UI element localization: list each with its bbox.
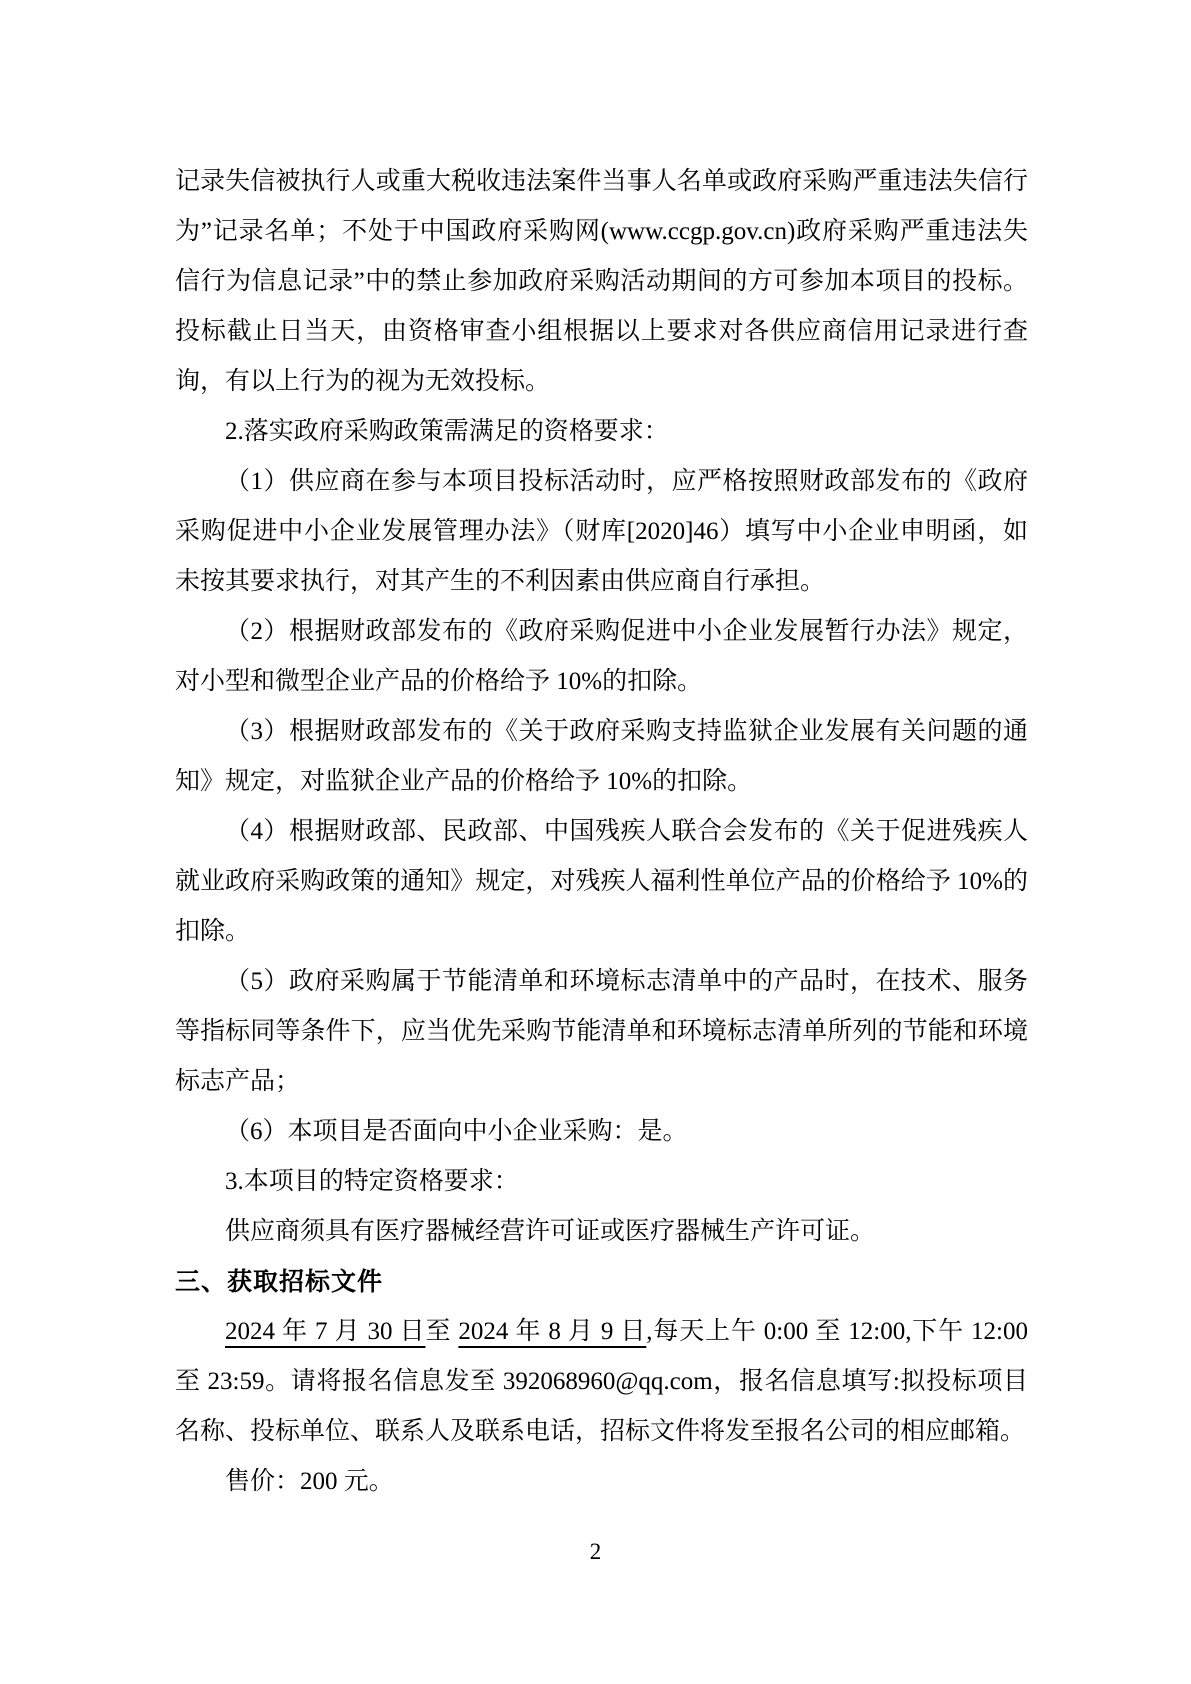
paragraph-medical-device-license: 供应商须具有医疗器械经营许可证或医疗器械生产许可证。 bbox=[175, 1207, 1028, 1257]
paragraph-obtain-time-and-method: 2024 年 7 月 30 日至 2024 年 8 月 9 日,每天上午 0:0… bbox=[175, 1307, 1028, 1457]
paragraph-price: 售价：200 元。 bbox=[175, 1457, 1028, 1507]
date-range-conjunction: 至 bbox=[425, 1318, 458, 1345]
document-body: 记录失信被执行人或重大税收违法案件当事人名单或政府采购严重违法失信行为”记录名单… bbox=[175, 157, 1028, 1507]
underlined-start-date: 2024 年 7 月 30 日 bbox=[225, 1318, 425, 1345]
document-page: 记录失信被执行人或重大税收违法案件当事人名单或政府采购严重违法失信行为”记录名单… bbox=[0, 0, 1191, 1684]
paragraph-item-6-sme-oriented: （6）本项目是否面向中小企业采购：是。 bbox=[175, 1107, 1028, 1157]
page-number: 2 bbox=[0, 1537, 1191, 1567]
section-heading-obtain-bidding-documents: 三、获取招标文件 bbox=[175, 1257, 1028, 1307]
paragraph-item-2-sme-deduction: （2）根据财政部发布的《政府采购促进中小企业发展暂行办法》规定，对小型和微型企业… bbox=[175, 607, 1028, 707]
paragraph-item-3-prison-enterprise: （3）根据财政部发布的《关于政府采购支持监狱企业发展有关问题的通知》规定，对监狱… bbox=[175, 707, 1028, 807]
underlined-end-date: 2024 年 8 月 9 日 bbox=[458, 1318, 646, 1345]
paragraph-item-5-energy-saving: （5）政府采购属于节能清单和环境标志清单中的产品时，在技术、服务等指标同等条件下… bbox=[175, 957, 1028, 1107]
paragraph-policy-requirements-title: 2.落实政府采购政策需满足的资格要求： bbox=[175, 407, 1028, 457]
paragraph-item-4-disabled-welfare: （4）根据财政部、民政部、中国残疾人联合会发布的《关于促进残疾人就业政府采购政策… bbox=[175, 807, 1028, 957]
paragraph-specific-qualification-title: 3.本项目的特定资格要求： bbox=[175, 1157, 1028, 1207]
paragraph-credit-record: 记录失信被执行人或重大税收违法案件当事人名单或政府采购严重违法失信行为”记录名单… bbox=[175, 157, 1028, 407]
paragraph-item-1-sme-declaration: （1）供应商在参与本项目投标活动时，应严格按照财政部发布的《政府采购促进中小企业… bbox=[175, 457, 1028, 607]
